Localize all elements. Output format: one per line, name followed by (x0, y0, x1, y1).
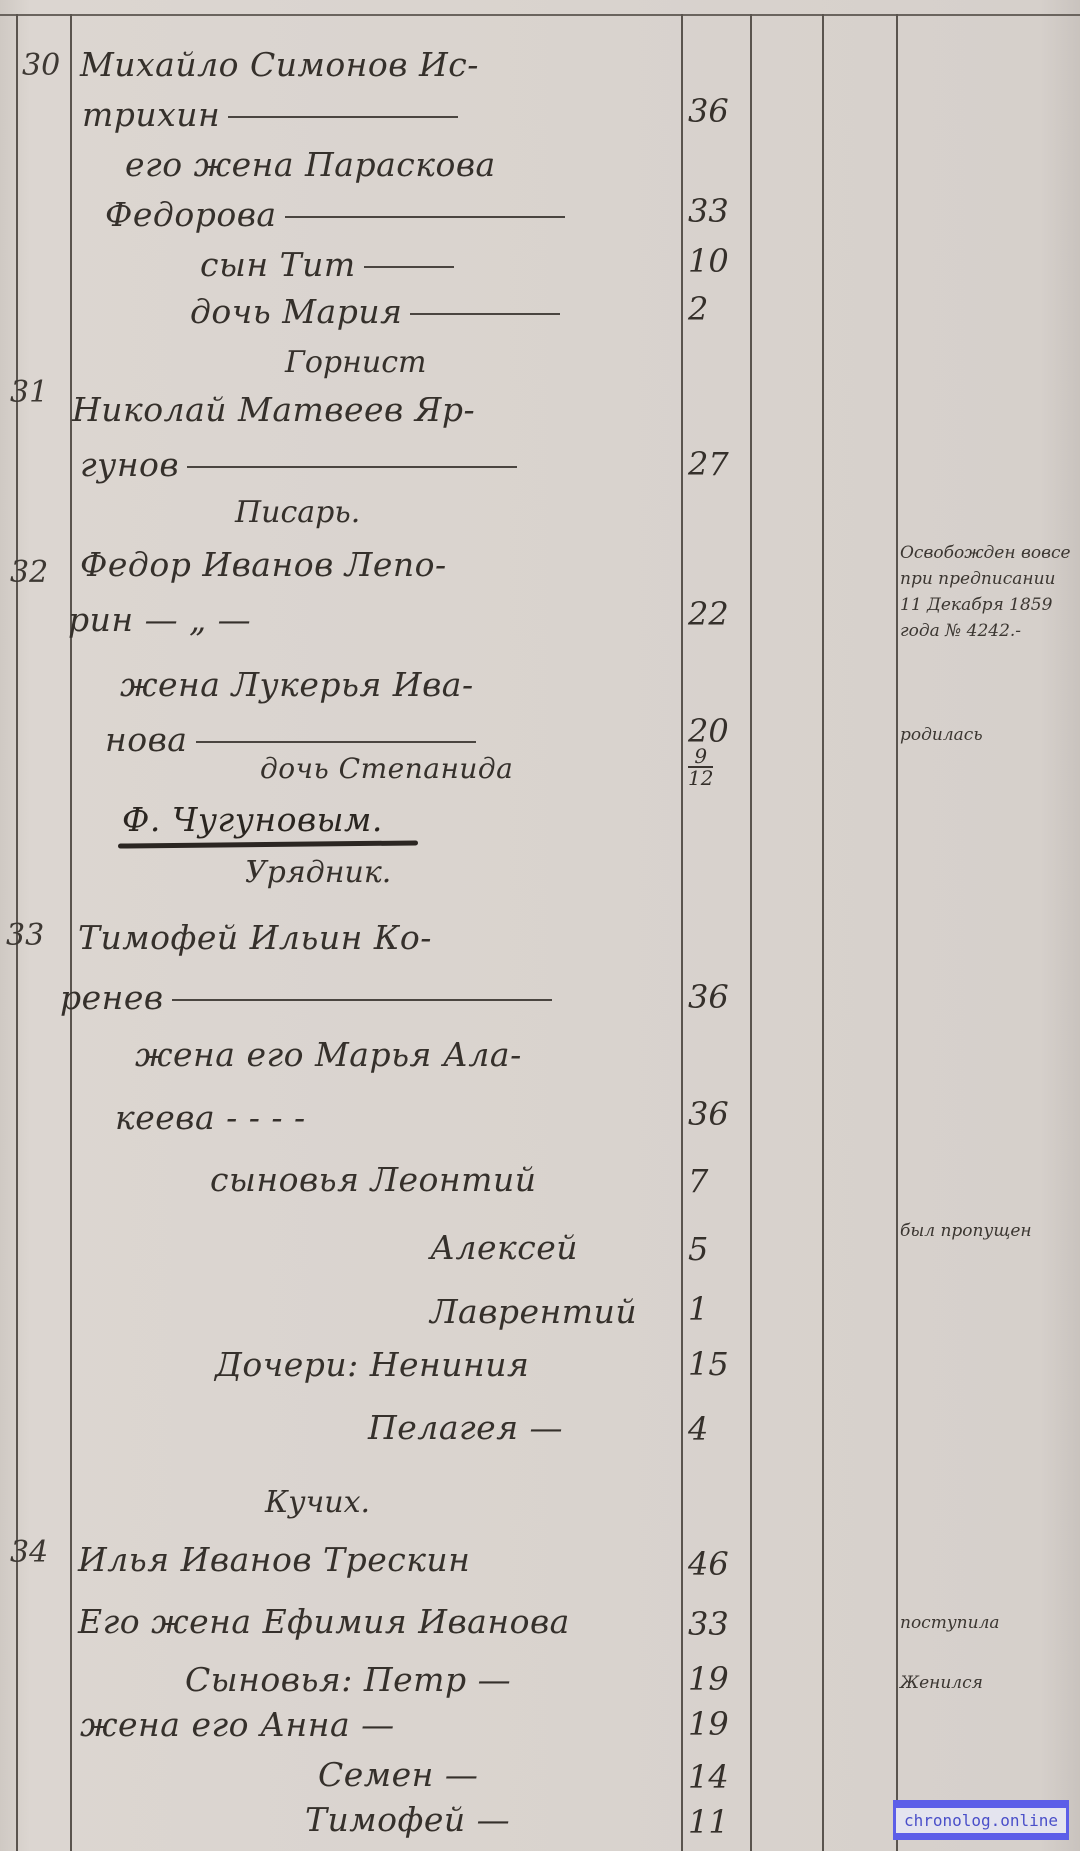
age-fraction: 912 (688, 746, 748, 793)
entry-line: ренев (60, 978, 552, 1017)
margin-note-entered: поступила (900, 1610, 1078, 1636)
margin-note-married: Женился (900, 1670, 1078, 1696)
age-value: 10 (688, 242, 748, 280)
entry-line: Сыновья: Петр — (185, 1660, 511, 1699)
column-rule-name (681, 14, 683, 1851)
column-rule-extra (822, 14, 824, 1851)
entry-number: 30 (22, 48, 60, 83)
top-rule (0, 14, 1080, 16)
occupation-heading: Кучих. (265, 1485, 370, 1520)
occupation-heading: Писарь. (235, 495, 360, 530)
entry-line: Михайло Симонов Ис- (80, 45, 479, 84)
age-value: 22 (688, 595, 748, 633)
entry-line: дочь Мария (190, 292, 560, 331)
signature-underline (118, 840, 418, 848)
entry-line: Федорова (105, 195, 565, 234)
watermark-badge: chronolog.online (893, 1800, 1069, 1840)
age-value: 27 (688, 445, 748, 483)
entry-line: рин — „ — (68, 600, 251, 639)
entry-number: 33 (6, 918, 44, 953)
age-value: 4 (688, 1410, 748, 1448)
column-rule-number (70, 14, 72, 1851)
age-value: 2 (688, 290, 748, 328)
entry-line: сыновья Леонтий (210, 1160, 536, 1199)
age-value: 36 (688, 978, 748, 1016)
entry-line: Илья Иванов Трескин (78, 1540, 470, 1579)
entry-number: 32 (10, 555, 48, 590)
age-value: 36 (688, 92, 748, 130)
entry-number: 31 (10, 375, 48, 410)
entry-line: гунов (80, 445, 517, 484)
margin-note-born: родилась (900, 722, 1078, 748)
entry-line: Тимофей Ильин Ко- (78, 918, 432, 957)
entry-line: Николай Матвеев Яр- (72, 390, 475, 429)
column-rule-age (750, 14, 752, 1851)
entry-line: Дочери: Нениния (215, 1345, 529, 1384)
entry-line: Тимофей — (305, 1800, 510, 1839)
entry-line: дочь Степанида (260, 752, 513, 785)
age-value: 1 (688, 1290, 748, 1328)
entry-line: его жена Параскова (125, 145, 496, 184)
entry-line: Федор Иванов Лепо- (80, 545, 447, 584)
age-value: 36 (688, 1095, 748, 1133)
entry-line: жена его Анна — (80, 1705, 395, 1744)
occupation-heading: Урядник. (245, 855, 391, 890)
entry-line: жена Лукерья Ива- (120, 665, 474, 704)
entry-line: Лаврентий (430, 1292, 637, 1331)
age-value: 19 (688, 1705, 748, 1743)
age-value: 15 (688, 1345, 748, 1383)
entry-line: Его жена Ефимия Иванова (78, 1602, 570, 1641)
column-rule-notes (896, 14, 898, 1851)
entry-line: жена его Марья Ала- (135, 1035, 522, 1074)
margin-note-exempted: Освобожден вовсе при предписании 11 Дека… (900, 540, 1078, 644)
age-value: 33 (688, 1605, 748, 1643)
age-value: 14 (688, 1758, 748, 1796)
age-value: 5 (688, 1230, 748, 1268)
watermark-text: chronolog.online (896, 1808, 1066, 1833)
entry-line: Алексей (430, 1228, 578, 1267)
entry-line: трихин (82, 95, 458, 134)
margin-note-omitted: был пропущен (900, 1218, 1078, 1244)
occupation-heading: Горнист (285, 345, 426, 380)
signature-line: Ф. Чугуновым. (122, 800, 383, 839)
age-value: 7 (688, 1162, 748, 1200)
age-value: 33 (688, 192, 748, 230)
age-value: 19 (688, 1660, 748, 1698)
entry-number: 34 (10, 1535, 48, 1570)
age-value: 46 (688, 1545, 748, 1583)
entry-line: Пелагея — (368, 1408, 563, 1447)
entry-line: Семен — (318, 1755, 478, 1794)
entry-line: кеева - - - - (115, 1098, 306, 1137)
entry-line: сын Тит (200, 245, 454, 284)
age-value: 11 (688, 1803, 748, 1841)
